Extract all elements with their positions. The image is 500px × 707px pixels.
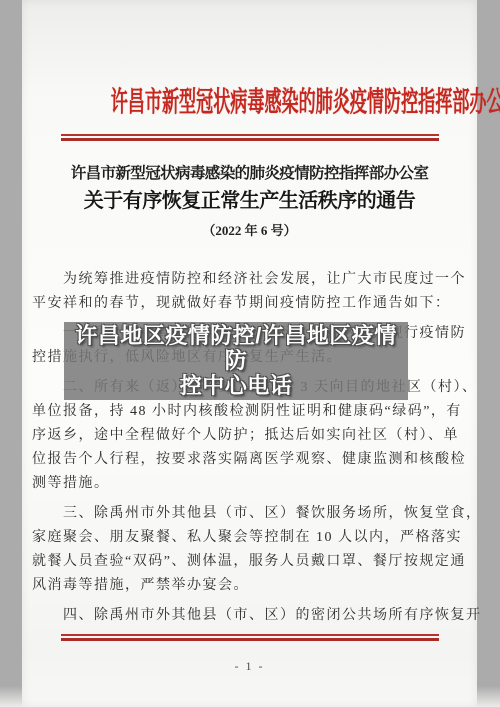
letterhead-org-name: 许昌市新型冠状病毒感染的肺炎疫情防控指挥部办公室: [111, 86, 389, 120]
paragraph-item-4: 四、除禹州市外其他县（市、区）的密闭公共场所有序恢复开: [32, 604, 469, 628]
paragraph-intro: 为统筹推进疫情防控和经济社会发展，让广大市民度过一个 平安祥和的春节，现就做好春…: [32, 268, 469, 316]
doc-title-org-line: 许昌市新型冠状病毒感染的肺炎疫情防控指挥部办公室: [22, 164, 477, 183]
paragraph-item-3: 三、除禹州市外其他县（市、区）餐饮服务场所，恢复堂食， 家庭聚会、朋友聚餐、私人…: [32, 502, 469, 598]
caption-line-2: 控中心电话: [64, 373, 408, 398]
caption-line-1: 许昌地区疫情防控/许昌地区疫情防: [64, 323, 408, 373]
doc-number: （2022 年 6 号）: [22, 222, 477, 240]
bottom-double-rule: [61, 634, 439, 641]
doc-title-subject: 关于有序恢复正常生产生活秩序的通告: [22, 189, 477, 213]
screenshot-root: { "document": { "letterhead": "许昌市新型冠状病毒…: [0, 0, 500, 707]
caption-overlay: 许昌地区疫情防控/许昌地区疫情防 控中心电话: [64, 322, 408, 400]
page-number: - 1 -: [22, 659, 477, 674]
letterhead-double-rule: [61, 134, 439, 141]
